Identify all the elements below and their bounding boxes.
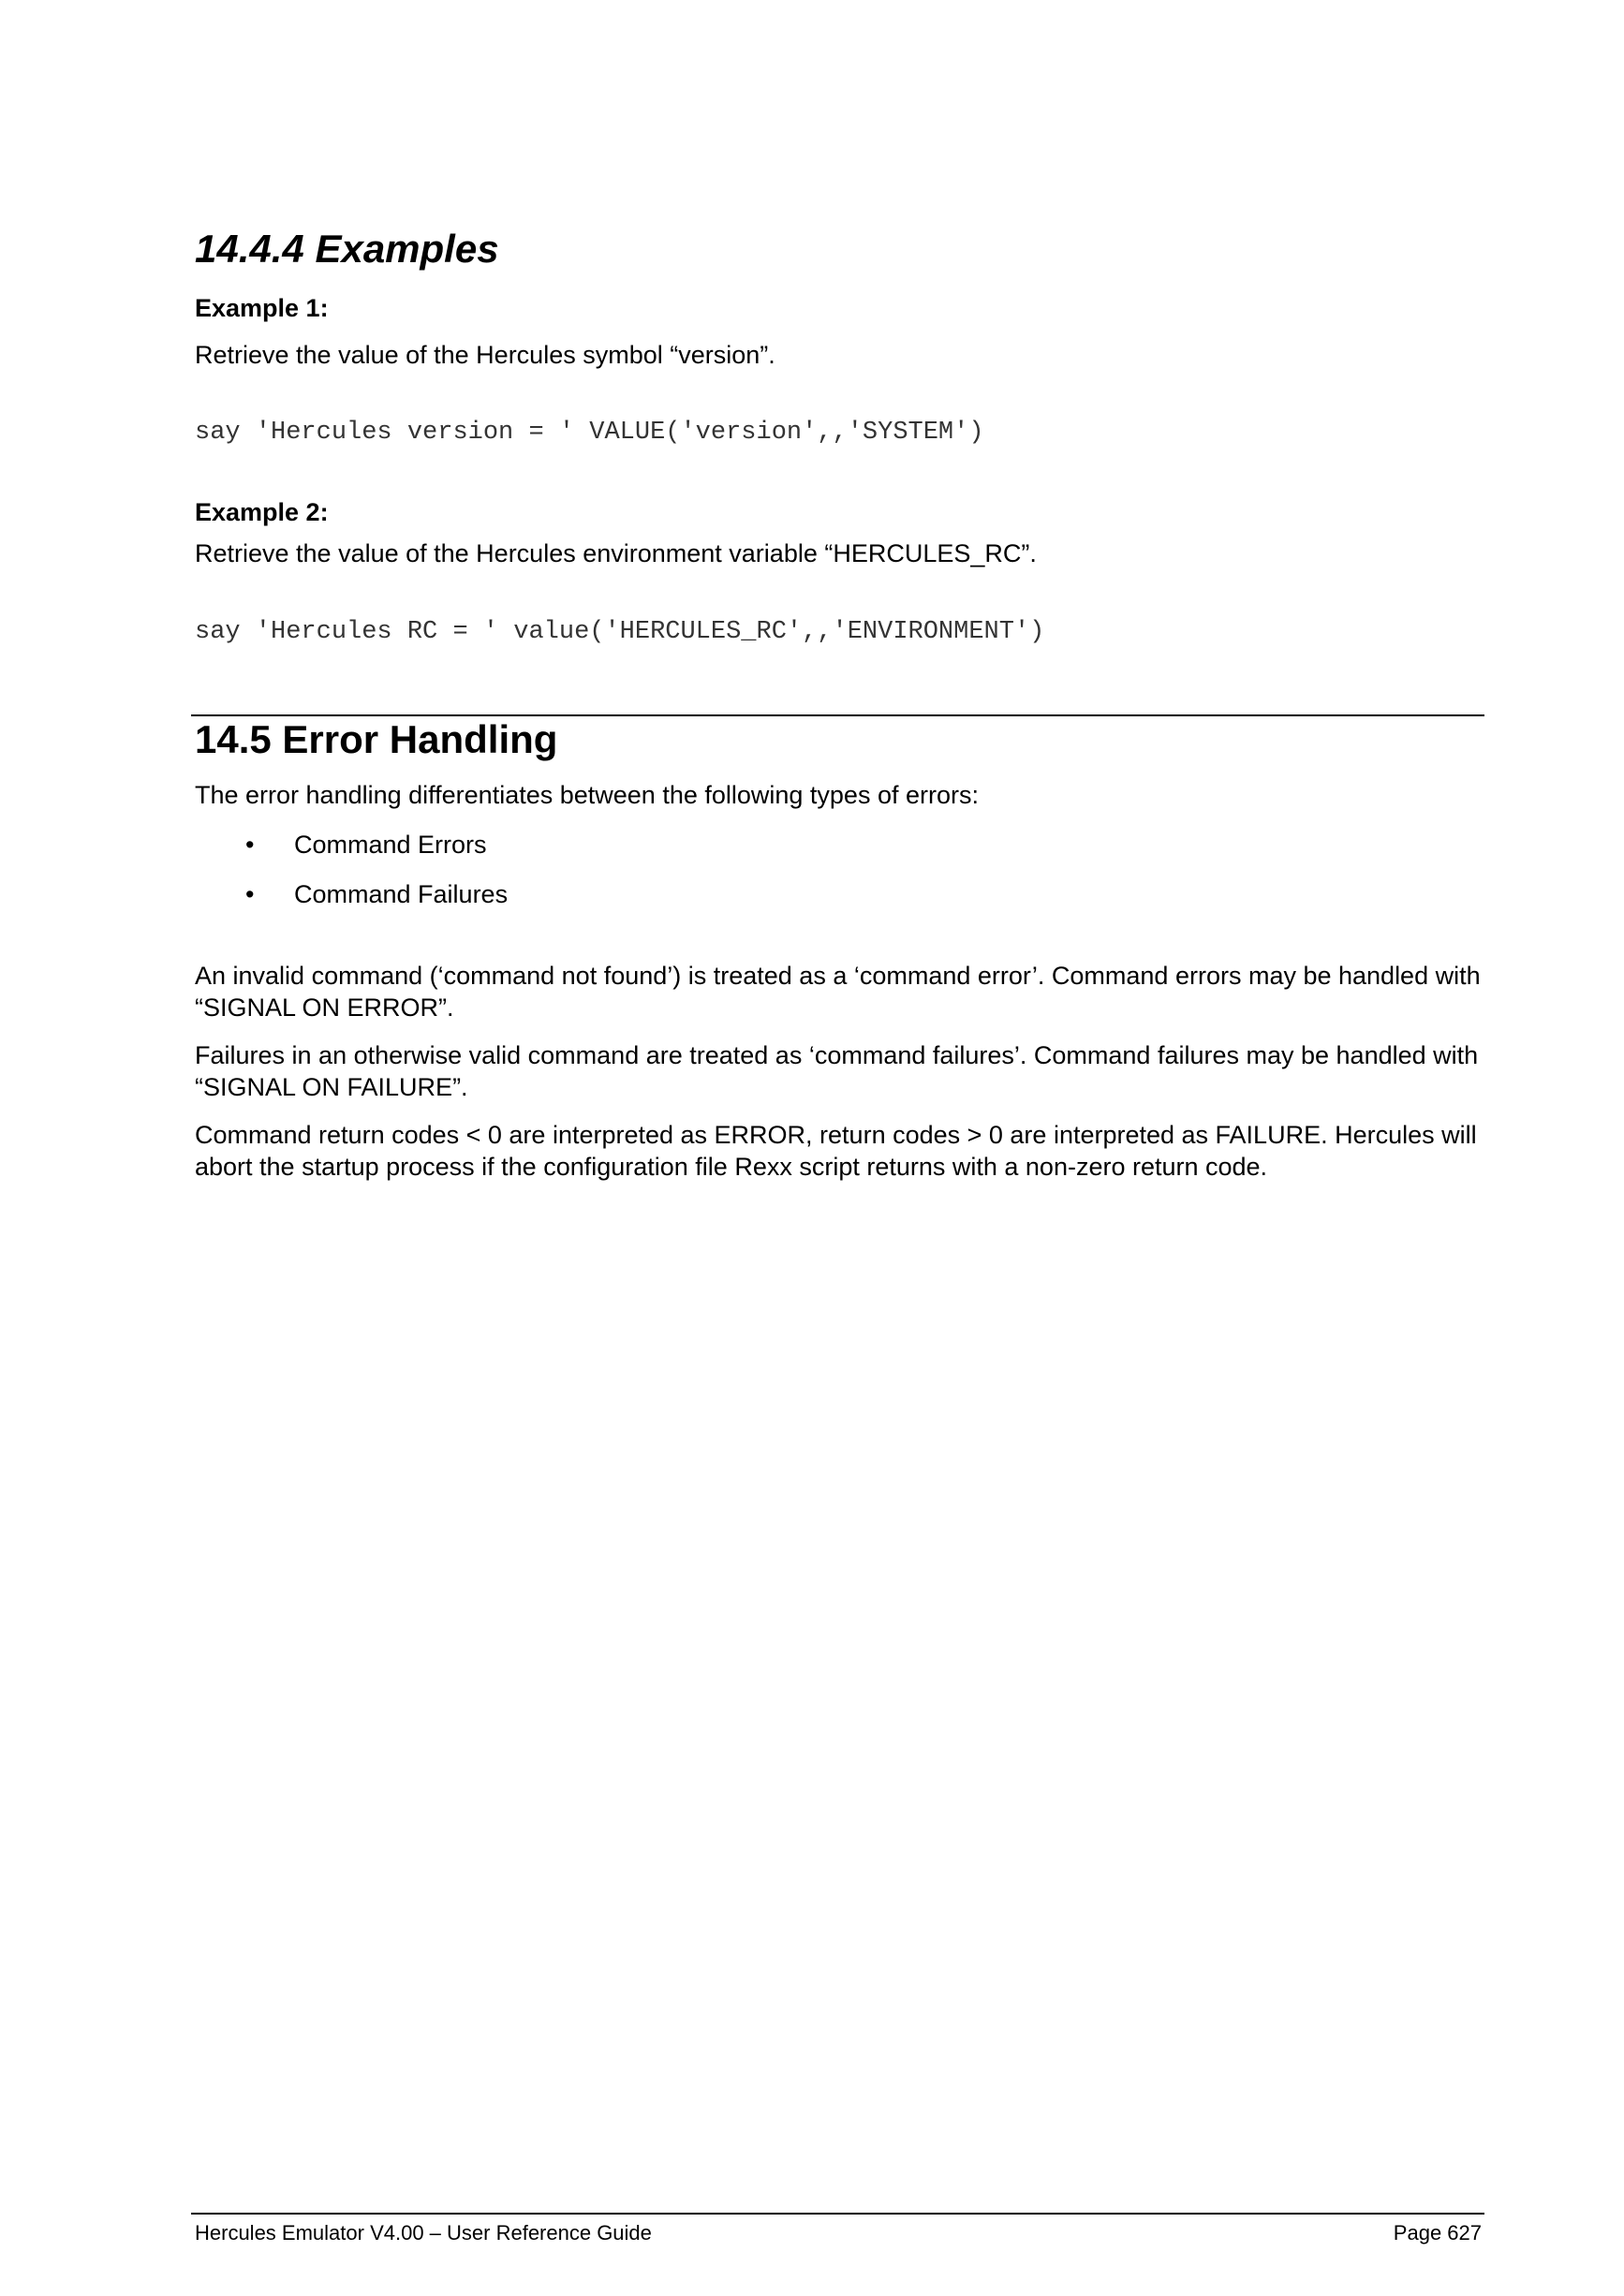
list-item: Command Failures: [294, 880, 508, 909]
example-2-label: Example 2:: [195, 498, 329, 527]
error-intro: The error handling differentiates betwee…: [195, 781, 979, 810]
footer-title: Hercules Emulator V4.00 – User Reference…: [195, 2221, 652, 2245]
list-item: Command Errors: [294, 831, 487, 860]
example-2-description: Retrieve the value of the Hercules envir…: [195, 539, 1037, 568]
paragraph-command-failure: Failures in an otherwise valid command a…: [195, 1039, 1487, 1103]
example-2-code: say 'Hercules RC = ' value('HERCULES_RC'…: [195, 618, 1044, 646]
paragraph-return-codes: Command return codes < 0 are interpreted…: [195, 1119, 1487, 1183]
bullet-icon: •: [245, 831, 254, 860]
section-divider: [191, 714, 1484, 716]
page-number: Page 627: [1394, 2221, 1482, 2245]
example-1-label: Example 1:: [195, 294, 329, 323]
bullet-icon: •: [245, 880, 254, 909]
example-1-code: say 'Hercules version = ' VALUE('version…: [195, 419, 984, 447]
footer-rule: [191, 2213, 1484, 2215]
paragraph-command-error: An invalid command (‘command not found’)…: [195, 960, 1487, 1023]
section-heading-examples: 14.4.4 Examples: [195, 227, 499, 272]
example-1-description: Retrieve the value of the Hercules symbo…: [195, 341, 775, 370]
section-heading-error-handling: 14.5 Error Handling: [195, 717, 557, 762]
